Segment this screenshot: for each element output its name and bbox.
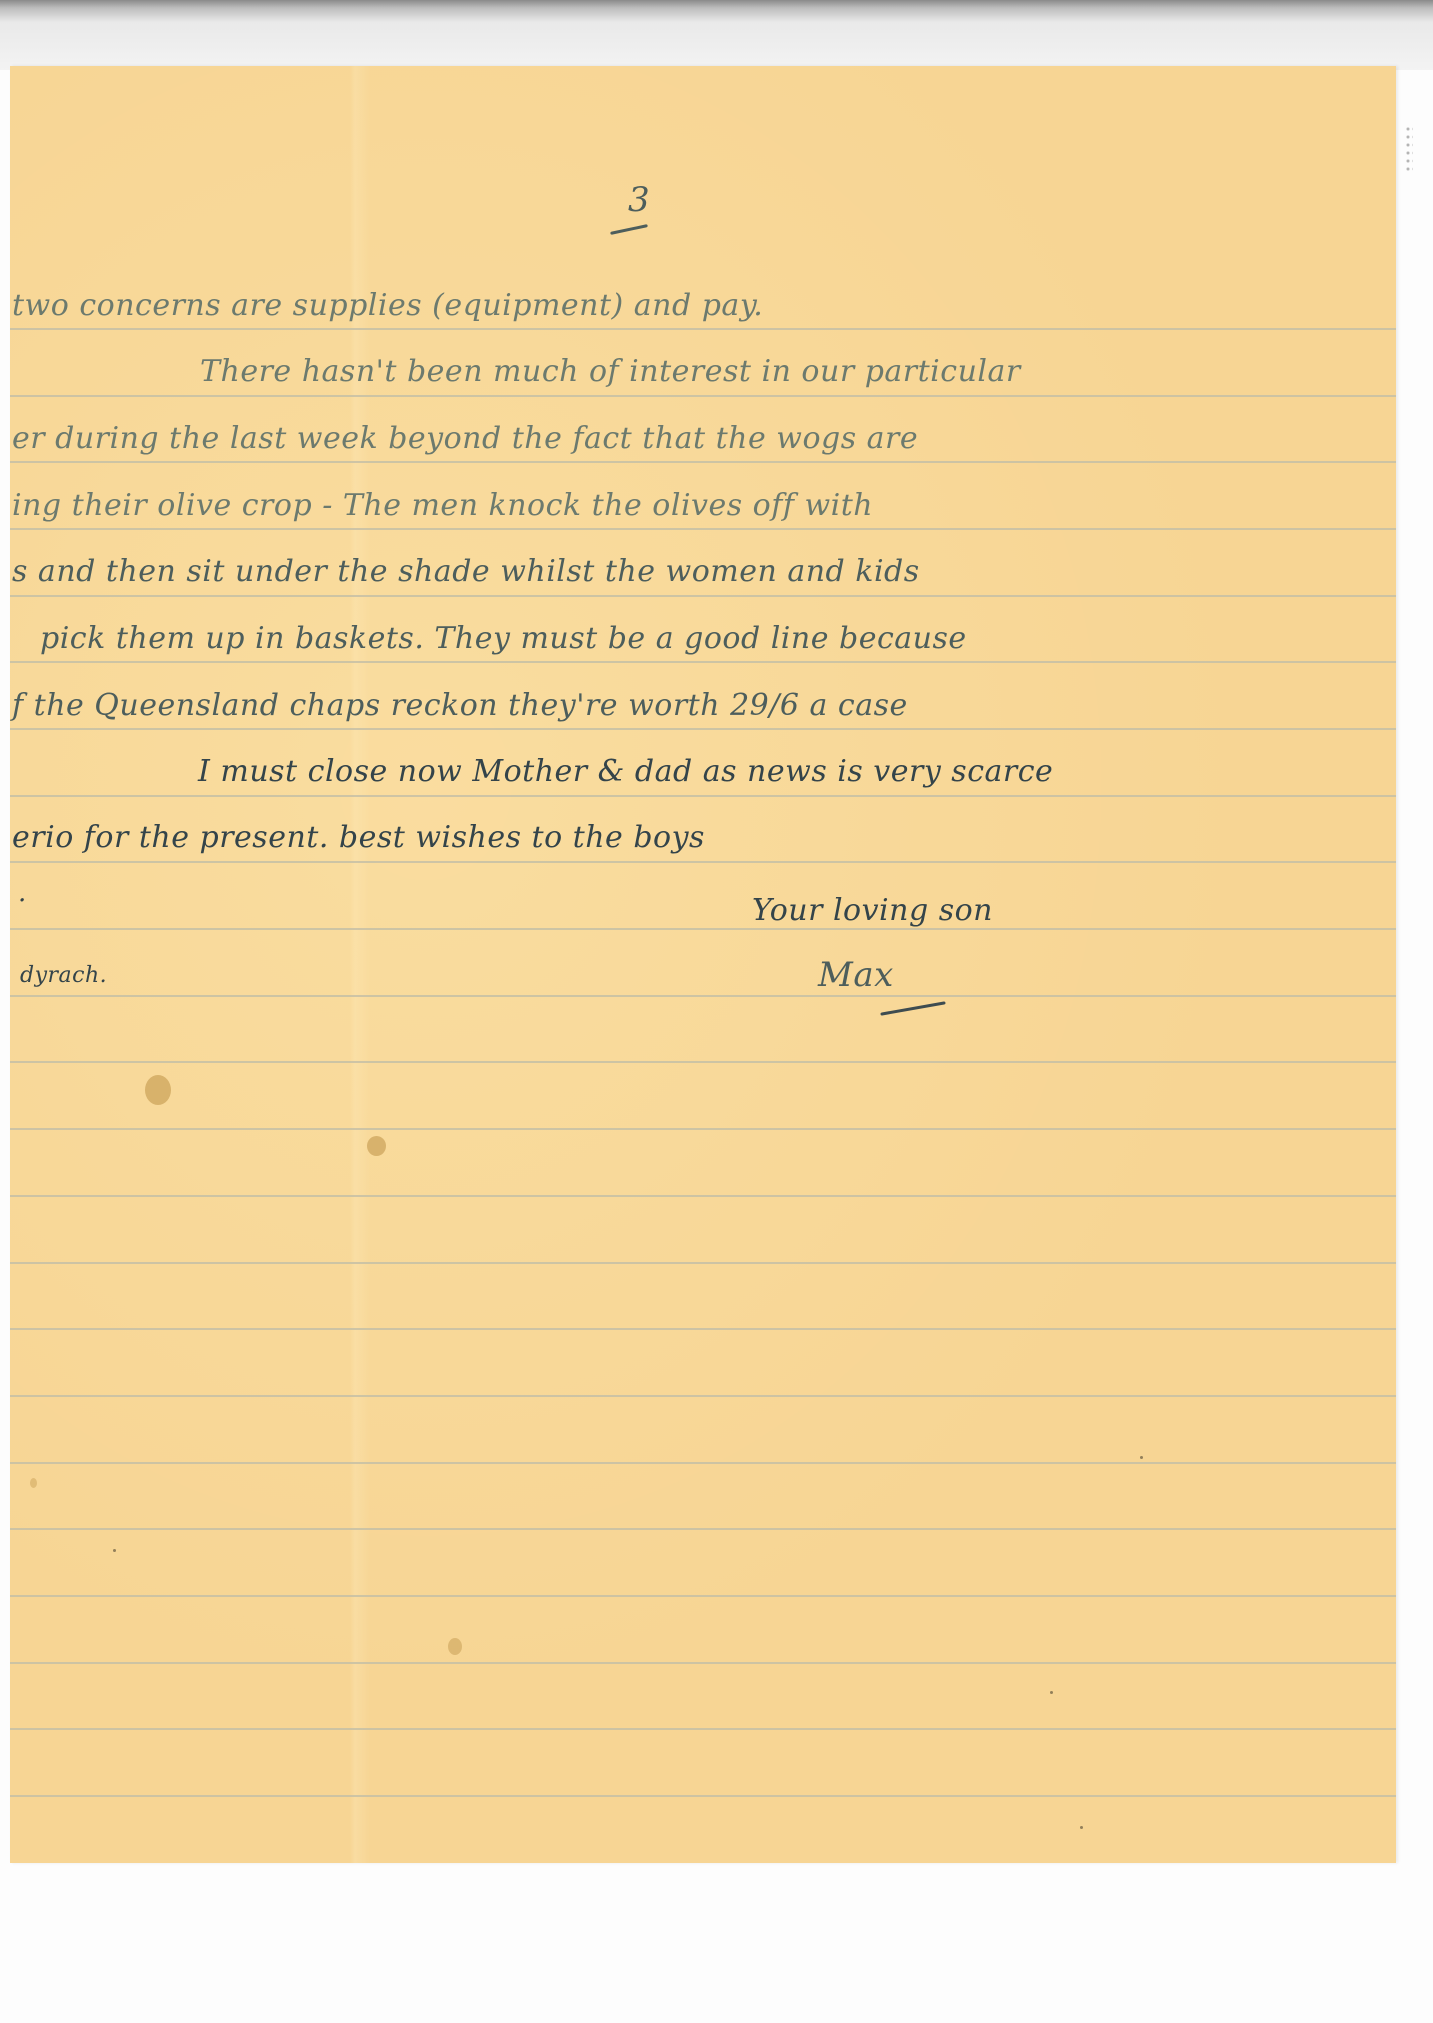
letter-closing: Your loving son xyxy=(752,893,993,928)
scanner-shadow xyxy=(0,0,1433,70)
letter-line: There hasn't been much of interest in ou… xyxy=(200,354,1021,389)
stain-spot xyxy=(367,1136,386,1156)
ruled-line xyxy=(10,528,1396,530)
margin-dot: . xyxy=(18,878,27,908)
letter-line: two concerns are supplies (equipment) an… xyxy=(12,288,763,323)
scanned-page: 3 two concerns are supplies (equipment) … xyxy=(0,0,1433,2023)
ruled-line xyxy=(10,328,1396,330)
ruled-line xyxy=(10,1462,1396,1464)
letter-line: er during the last week beyond the fact … xyxy=(12,421,918,456)
margin-note: dyrach. xyxy=(20,963,107,988)
paper-speck xyxy=(1080,1826,1083,1829)
ruled-line xyxy=(10,995,1396,997)
ruled-line xyxy=(10,1795,1396,1797)
scanner-artifact xyxy=(1405,125,1413,175)
ruled-line xyxy=(10,1662,1396,1664)
ruled-line xyxy=(10,1195,1396,1197)
ruled-line xyxy=(10,1595,1396,1597)
letter-line: pick them up in baskets. They must be a … xyxy=(40,621,967,656)
ruled-line xyxy=(10,1061,1396,1063)
ruled-line xyxy=(10,861,1396,863)
ruled-line xyxy=(10,461,1396,463)
letter-paper xyxy=(10,66,1396,1863)
letter-signature: Max xyxy=(818,955,894,995)
letter-line: I must close now Mother & dad as news is… xyxy=(198,754,1053,789)
ruled-line xyxy=(10,595,1396,597)
letter-line: erio for the present. best wishes to the… xyxy=(12,820,705,855)
ruled-line xyxy=(10,795,1396,797)
ruled-line xyxy=(10,1328,1396,1330)
ruled-line xyxy=(10,395,1396,397)
stain-spot xyxy=(448,1638,462,1655)
ruled-line xyxy=(10,1728,1396,1730)
ruled-line xyxy=(10,1128,1396,1130)
page-number: 3 xyxy=(628,180,650,220)
letter-line: s and then sit under the shade whilst th… xyxy=(12,554,920,589)
ruled-line xyxy=(10,1528,1396,1530)
letter-line: f the Queensland chaps reckon they're wo… xyxy=(12,688,908,723)
ruled-line xyxy=(10,928,1396,930)
stain-spot xyxy=(30,1478,37,1488)
ruled-line xyxy=(10,728,1396,730)
stain-spot xyxy=(145,1075,171,1105)
letter-line: ing their olive crop - The men knock the… xyxy=(12,488,873,523)
ruled-line xyxy=(10,1395,1396,1397)
paper-speck xyxy=(1140,1456,1143,1459)
paper-speck xyxy=(113,1549,116,1552)
ruled-line xyxy=(10,661,1396,663)
paper-speck xyxy=(1050,1691,1053,1694)
ruled-line xyxy=(10,1262,1396,1264)
